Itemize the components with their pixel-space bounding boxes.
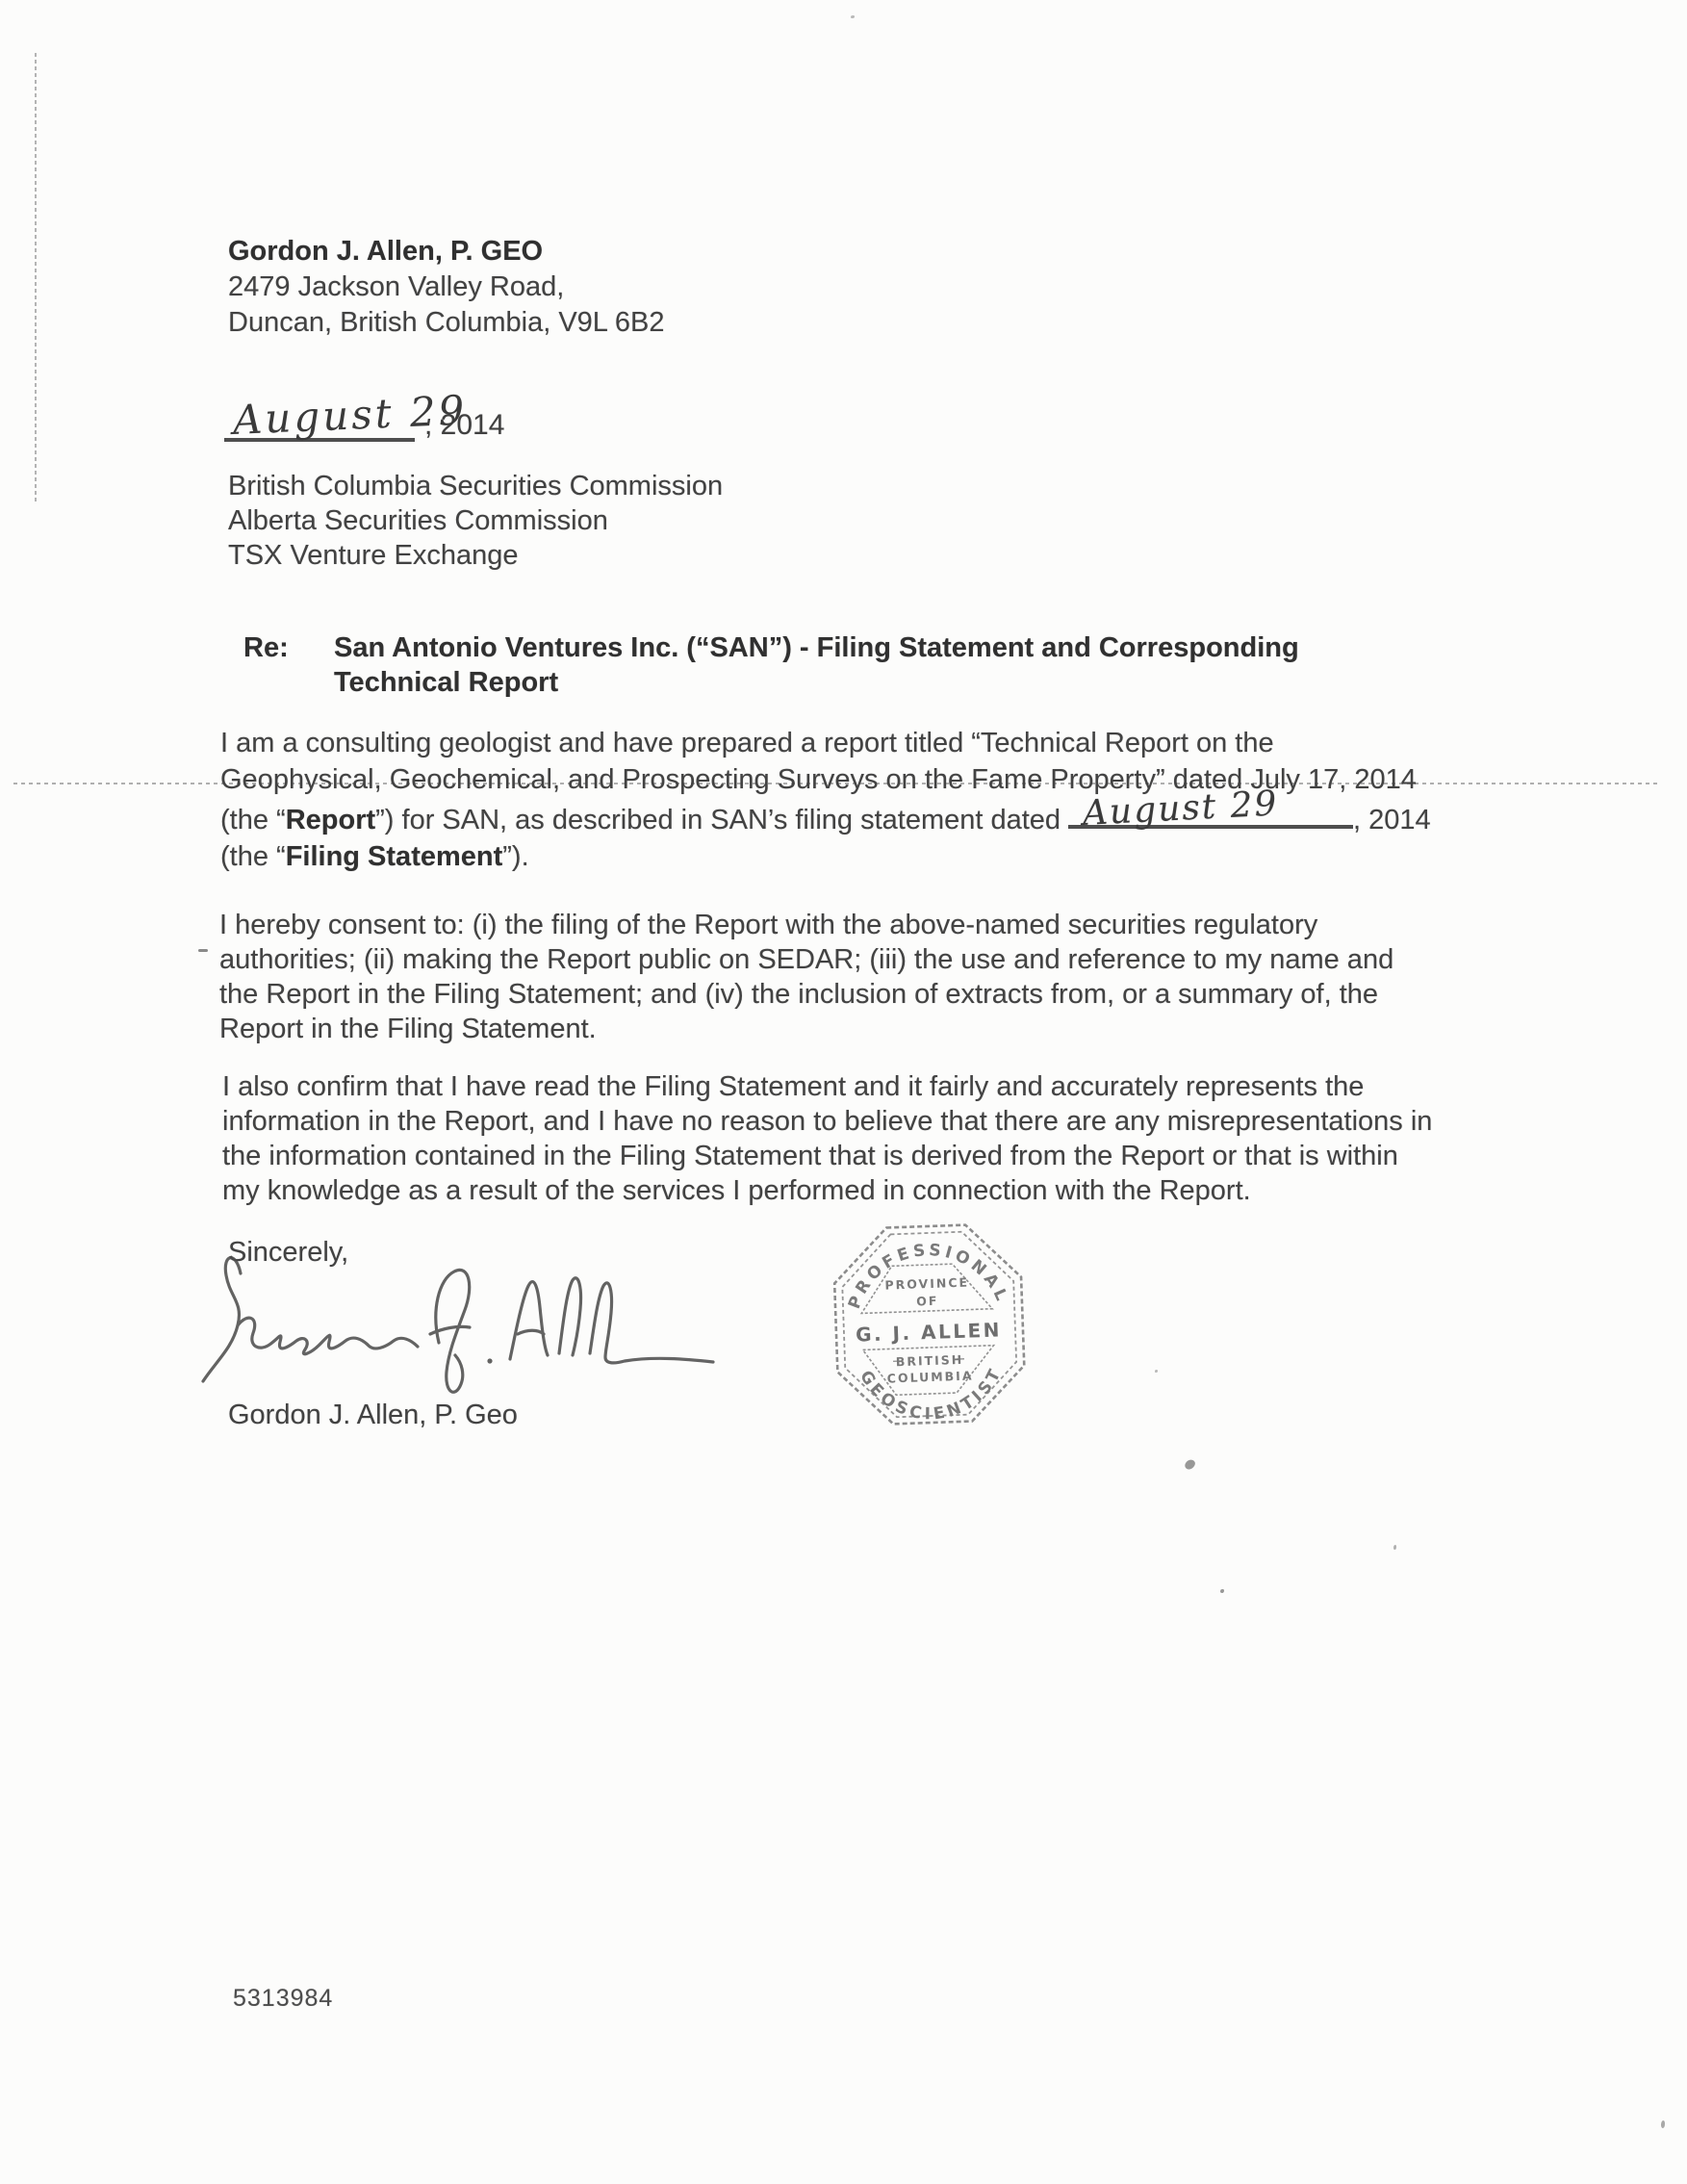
text-segment: ”) for SAN, as described in SAN’s filing… <box>375 805 1061 835</box>
paragraph-line: the information contained in the Filing … <box>222 1139 1432 1173</box>
date-row: August 29, 2014 <box>224 392 504 442</box>
recipients-block: British Columbia Securities Commission A… <box>228 469 723 573</box>
document-number: 5313984 <box>233 1985 333 2013</box>
paragraph-1: I am a consulting geologist and have pre… <box>220 725 1431 875</box>
signer-name: Gordon J. Allen, P. Geo <box>228 1398 518 1432</box>
stamp-british-label: BRITISH <box>896 1352 964 1369</box>
signature-image <box>191 1245 715 1410</box>
paragraph-line: Report in the Filing Statement. <box>219 1012 1393 1046</box>
paragraph-line: (the “Filing Statement”). <box>220 838 1431 875</box>
scan-speck <box>1220 1589 1224 1593</box>
professional-geoscientist-stamp: PROFESSIONAL GEOSCIENTIST PROVINCE OF G.… <box>823 1220 1036 1444</box>
scan-artifact-dash <box>198 949 208 952</box>
sender-name: Gordon J. Allen, P. GEO <box>228 234 665 270</box>
scan-speck <box>851 15 855 18</box>
re-title: San Antonio Ventures Inc. (“SAN”) - Fili… <box>334 630 1299 700</box>
stamp-name-label: G. J. ALLEN <box>856 1318 1003 1346</box>
scan-speck <box>1393 1545 1396 1550</box>
filing-date-blank-underline: August 29 <box>1068 798 1353 829</box>
paragraph-line: authorities; (ii) making the Report publ… <box>219 942 1393 977</box>
stamp-columbia-label: COLUMBIA <box>887 1368 974 1385</box>
text-segment: ”). <box>502 841 528 872</box>
paragraph-line: I also confirm that I have read the Fili… <box>222 1069 1432 1104</box>
text-segment: (the “ <box>220 805 286 835</box>
paragraph-line: the Report in the Filing Statement; and … <box>219 977 1393 1012</box>
text-segment: (the “ <box>220 841 286 872</box>
stamp-province-label: PROVINCE <box>884 1275 969 1293</box>
re-label: Re: <box>243 630 289 665</box>
paragraph-3: I also confirm that I have read the Fili… <box>222 1069 1432 1208</box>
scan-artifact-vertical-line <box>35 53 37 503</box>
sender-block: Gordon J. Allen, P. GEO 2479 Jackson Val… <box>228 234 665 341</box>
sender-address-line1: 2479 Jackson Valley Road, <box>228 270 665 305</box>
paragraph-line: my knowledge as a result of the services… <box>222 1173 1432 1208</box>
sender-address-line2: Duncan, British Columbia, V9L 6B2 <box>228 305 665 341</box>
inline-bold-report: Report <box>286 805 375 835</box>
paragraph-line: (the “Report”) for SAN, as described in … <box>220 798 1431 838</box>
scan-speck <box>1661 2120 1665 2128</box>
scan-speck <box>1184 1457 1197 1471</box>
paragraph-line: I hereby consent to: (i) the filing of t… <box>219 908 1393 942</box>
stamp-of-label: OF <box>916 1294 939 1309</box>
inline-bold-filing-statement: Filing Statement <box>286 841 503 872</box>
date-blank-underline: August 29 <box>224 392 415 442</box>
scan-speck <box>1155 1370 1158 1373</box>
re-title-line2: Technical Report <box>334 665 1299 700</box>
recipient-line: British Columbia Securities Commission <box>228 469 723 503</box>
text-segment: , 2014 <box>1353 805 1431 835</box>
recipient-line: TSX Venture Exchange <box>228 538 723 573</box>
handwritten-filing-date: August 29 <box>1082 785 1279 833</box>
paragraph-line: I am a consulting geologist and have pre… <box>220 725 1431 761</box>
paragraph-line: information in the Report, and I have no… <box>222 1104 1432 1139</box>
re-title-line1: San Antonio Ventures Inc. (“SAN”) - Fili… <box>334 630 1299 665</box>
paragraph-2: I hereby consent to: (i) the filing of t… <box>219 908 1393 1046</box>
recipient-line: Alberta Securities Commission <box>228 503 723 538</box>
scanned-letter-page: Gordon J. Allen, P. GEO 2479 Jackson Val… <box>0 0 1687 2184</box>
